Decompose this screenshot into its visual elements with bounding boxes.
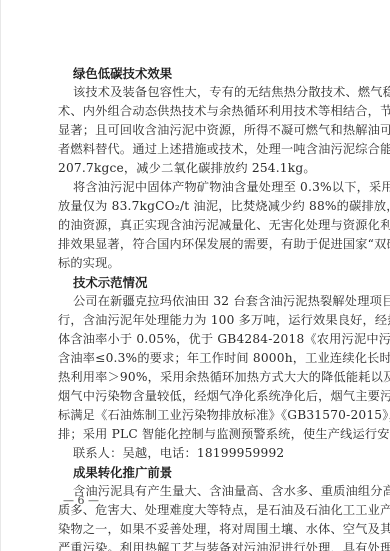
document-body: 绿色低碳技术效果 该技术及装备包容性大，专有的无结焦热分散技术、燃气稳压回用技 … <box>58 64 344 551</box>
text-line: 体含油率小于 0.05%，优于 GB4284-2018《农用污泥中污染控制标准》… <box>58 330 344 349</box>
text-line: 质多、危害大、处理难度大等特点，是石油及石油化工工业产生的主要污 <box>58 501 344 520</box>
text-line: 排效果显著，符合国内环保发展的需要，有助于促进国家“双碳”“双控”目 <box>58 235 344 254</box>
text-line: 严重污染。利用热解工艺与装备对污油泥进行处理，具有处理成本低、处 <box>58 539 344 551</box>
paragraph: 该技术及装备包容性大，专有的无结焦热分散技术、燃气稳压回用技 术、内外组合动态供… <box>58 83 344 178</box>
text-line: 烟气中污染物含量较低，经烟气净化系统净化后，烟气主要污染物排放指 <box>58 387 344 406</box>
text-line: 放量仅为 83.7kgCO₂/t 油泥，比焚烧减少约 88%的碳排放，且能回收其… <box>58 197 344 216</box>
contact-paragraph: 联系人：吴越，电话：18199959992 <box>58 444 344 463</box>
section-heading-green-low-carbon: 绿色低碳技术效果 <box>58 64 344 83</box>
text-line: 术、内外组合动态供热技术与余热循环利用技术等相结合，节能减排效果 <box>58 102 344 121</box>
text-line: 排；采用 PLC 智能化控制与监测预警系统，使生产线运行安全、可靠。 <box>58 425 344 444</box>
text-line: 行，含油污泥年处理能力为 100 多万吨，运行效果良好，经热解处理后固 <box>58 311 344 330</box>
paragraph: 公司在新疆克拉玛依油田 32 台套含油污泥热裂解处理项目已投产运 行，含油污泥年… <box>58 292 344 444</box>
contact-info: 联系人：吴越，电话：18199959992 <box>58 444 344 463</box>
text-line: 标的实现。 <box>58 254 344 273</box>
text-line: 标满足《石油炼制工业污染物排放标准》《GB31570-2015》，实现了节能减 <box>58 406 344 425</box>
text-line: 热利用率＞90%，采用余热循环加热方式大大的降低能耗以及烟气排放量， <box>58 368 344 387</box>
text-line: 207.7kgce，减少二氧化碳排放约 254.1kg。 <box>58 159 344 178</box>
text-line: 将含油污泥中固体产物矿物油含量处理至 0.3%以下，采用该技术碳排 <box>58 178 344 197</box>
page-number: — 6 — <box>63 494 99 507</box>
paragraph: 含油污泥具有产生量大、含油量高、含水多、重质油组分高、有害物 质多、危害大、处理… <box>58 482 344 551</box>
section-heading-promotion-prospects: 成果转化推广前景 <box>58 463 344 482</box>
text-line: 公司在新疆克拉玛依油田 32 台套含油污泥热裂解处理项目已投产运 <box>58 292 344 311</box>
text-line: 含油率≤0.3%的要求；年工作时间 8000h，工业连续化长时期稳定运行；余 <box>58 349 344 368</box>
paragraph: 将含油污泥中固体产物矿物油含量处理至 0.3%以下，采用该技术碳排 放量仅为 8… <box>58 178 344 273</box>
text-line: 的油资源，真正实现含油污泥减量化、无害化处理与资源化利用，节能减 <box>58 216 344 235</box>
text-line: 者燃料替代。通过上述措施或技术，处理一吨含油污泥综合能耗约 <box>58 140 344 159</box>
text-line: 显著；且可回收含油污泥中资源，所得不凝可燃气和热解油可作为原料或 <box>58 121 344 140</box>
text-line: 含油污泥具有产生量大、含油量高、含水多、重质油组分高、有害物 <box>58 482 344 501</box>
text-line: 染物之一，如果不妥善处理，将对周围土壤、水体、空气及其生物圈造成 <box>58 520 344 539</box>
section-heading-demonstration: 技术示范情况 <box>58 273 344 292</box>
document-page: 绿色低碳技术效果 该技术及装备包容性大，专有的无结焦热分散技术、燃气稳压回用技 … <box>0 0 390 551</box>
text-line: 该技术及装备包容性大，专有的无结焦热分散技术、燃气稳压回用技 <box>58 83 344 102</box>
